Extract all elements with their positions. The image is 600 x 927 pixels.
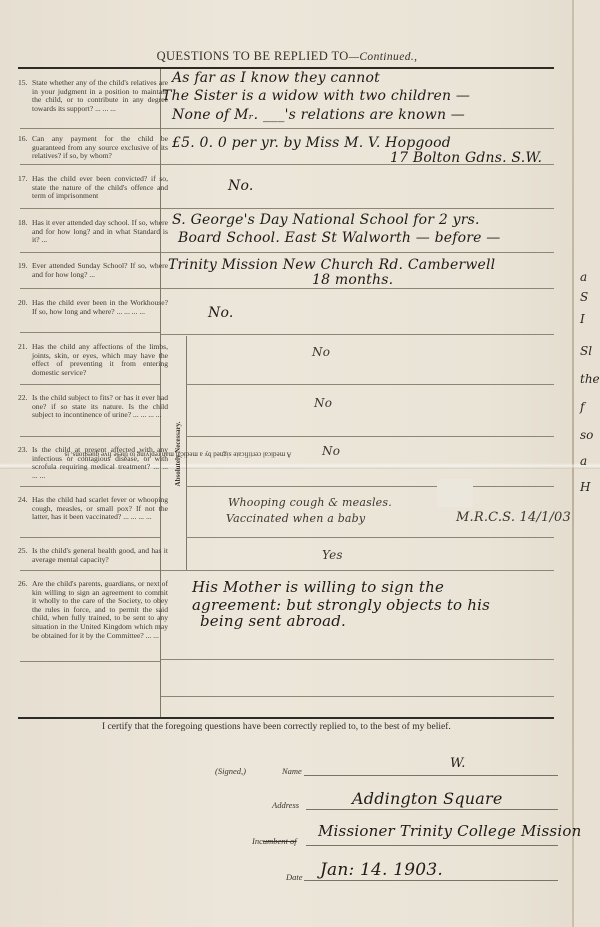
answer-15-line-3: None of Mᵣ. ___'s relations are known — <box>172 107 465 123</box>
row-divider <box>186 537 554 538</box>
question-text: Has the child ever been in the Workhouse… <box>32 299 168 316</box>
question-number: 19. <box>18 262 28 271</box>
title-continued: —Continued., <box>349 51 418 63</box>
question-text: Has the child ever been convicted? if so… <box>32 175 168 201</box>
question-number: 16. <box>18 135 28 144</box>
address-label: Address <box>272 800 299 810</box>
name-label: Name <box>282 766 302 776</box>
answer-24-line-2: Vaccinated when a baby <box>226 512 365 525</box>
question-text: Is the child subject to fits? or has it … <box>32 394 168 420</box>
question-22: 22. Is the child subject to fits? or has… <box>18 394 168 420</box>
answer-17: No. <box>228 178 253 194</box>
question-25: 25. Is the child's general health good, … <box>18 547 168 564</box>
row-divider <box>20 288 160 289</box>
signer-name: W. <box>450 756 466 771</box>
row-divider <box>161 128 554 129</box>
answer-23: No <box>322 444 340 458</box>
certification-statement: I certify that the foregoing questions h… <box>102 722 451 732</box>
question-text: Has the child any affections of the limb… <box>32 343 168 377</box>
question-21: 21. Has the child any affections of the … <box>18 343 168 377</box>
row-divider <box>161 334 554 335</box>
question-text: Ever attended Sunday School? If so, wher… <box>32 262 168 279</box>
row-divider <box>20 436 160 437</box>
answer-19-line-1: Trinity Mission New Church Rd. Camberwel… <box>168 257 495 273</box>
row-divider <box>161 570 554 571</box>
answer-18-line-2: Board School. East St Walworth — before … <box>178 230 500 246</box>
answer-26-line-1: His Mother is willing to sign the <box>192 578 444 596</box>
question-24: 24. Has the child had scarlet fever or w… <box>18 496 168 522</box>
signer-title: Missioner Trinity College Mission <box>318 822 581 840</box>
incumbent-label: Incumbent of <box>252 836 297 846</box>
medical-note-text: A medical certificate signed by a medica… <box>174 422 182 487</box>
row-divider <box>161 208 554 209</box>
question-16: 16. Can any payment for the child be gua… <box>18 135 168 161</box>
signed-label: (Signed,) <box>215 766 246 776</box>
row-divider <box>186 436 554 437</box>
incumbent-prefix: Inc <box>252 836 263 846</box>
question-26: 26. Are the child's parents, guardians, … <box>18 580 168 640</box>
answer-25: Yes <box>322 548 343 562</box>
answer-15-line-1: As far as I know they cannot <box>172 70 380 86</box>
date-label: Date <box>286 872 303 882</box>
margin-fragment: I <box>580 312 585 326</box>
row-divider <box>161 288 554 289</box>
margin-fragment: a <box>580 454 587 468</box>
question-text: Has the child had scarlet fever or whoop… <box>32 496 168 522</box>
date-line <box>304 880 558 881</box>
question-number: 24. <box>18 496 28 505</box>
doctor-signature: M.R.C.S. 14/1/03 <box>456 510 571 525</box>
bottom-rule <box>18 717 554 719</box>
question-18: 18. Has it ever attended day school. If … <box>18 219 168 245</box>
question-number: 18. <box>18 219 28 228</box>
question-15: 15. State whether any of the child's rel… <box>18 79 168 113</box>
row-divider <box>186 384 554 385</box>
margin-fragment: so <box>580 428 593 442</box>
answer-26-line-3: being sent abroad. <box>200 612 346 630</box>
answer-21: No <box>312 345 330 359</box>
page-title: QUESTIONS TO BE REPLIED TO—Continued., <box>0 49 574 64</box>
question-number: 26. <box>18 580 28 589</box>
top-rule <box>18 67 554 69</box>
question-text: Are the child's parents, guardians, or n… <box>32 580 168 640</box>
row-divider <box>161 696 554 697</box>
answer-15-line-2: The Sister is a widow with two children … <box>162 88 470 104</box>
name-line <box>304 775 558 776</box>
question-number: 15. <box>18 79 28 88</box>
row-divider <box>20 486 160 487</box>
row-divider <box>20 537 160 538</box>
incumbent-line <box>306 845 558 846</box>
question-20: 20. Has the child ever been in the Workh… <box>18 299 168 316</box>
signer-address: Addington Square <box>352 789 503 808</box>
title-text: QUESTIONS TO BE REPLIED TO <box>157 49 349 63</box>
question-number: 20. <box>18 299 28 308</box>
question-number: 23. <box>18 446 28 455</box>
question-17: 17. Has the child ever been convicted? i… <box>18 175 168 201</box>
answer-16-line-1: £5. 0. 0 per yr. by Miss M. V. Hopgood <box>172 135 451 151</box>
question-number: 22. <box>18 394 28 403</box>
question-number: 17. <box>18 175 28 184</box>
answer-19-line-2: 18 months. <box>312 272 393 288</box>
row-divider <box>20 570 160 571</box>
row-divider <box>20 332 160 333</box>
question-text: Is the child's general health good, and … <box>32 547 168 564</box>
address-line <box>306 809 558 810</box>
row-divider <box>20 208 160 209</box>
answer-18-line-1: S. George's Day National School for 2 yr… <box>172 212 480 228</box>
redacted-signature-patch <box>437 479 473 507</box>
date-value: Jan: 14. 1903. <box>320 860 443 880</box>
margin-fragment: Sl <box>580 344 592 358</box>
row-divider <box>20 164 160 165</box>
margin-fragment: a <box>580 270 587 284</box>
row-divider <box>20 252 160 253</box>
margin-fragment: the <box>580 372 600 386</box>
margin-fragment: f <box>580 400 584 414</box>
margin-fragment: S <box>580 290 588 304</box>
answer-16-line-2: 17 Bolton Gdns. S.W. <box>390 150 542 166</box>
question-text: Can any payment for the child be guarant… <box>32 135 168 161</box>
question-number: 21. <box>18 343 28 352</box>
medical-note-body: A medical certificate signed by a medica… <box>64 450 291 458</box>
answer-20: No. <box>208 305 233 321</box>
row-divider <box>20 128 160 129</box>
question-number: 25. <box>18 547 28 556</box>
row-divider <box>161 659 554 660</box>
row-divider <box>20 661 160 662</box>
row-divider <box>20 384 160 385</box>
margin-fragment: H <box>580 480 590 494</box>
incumbent-struck: umbent of <box>263 836 297 846</box>
question-19: 19. Ever attended Sunday School? If so, … <box>18 262 168 279</box>
medical-certificate-note: A medical certificate signed by a medica… <box>170 338 186 570</box>
question-text: Has it ever attended day school. If so, … <box>32 219 168 245</box>
row-divider <box>186 486 554 487</box>
answer-24-line-1: Whooping cough & measles. <box>228 496 392 509</box>
row-divider <box>161 252 554 253</box>
question-text: State whether any of the child's relativ… <box>32 79 168 113</box>
answer-22: No <box>314 396 332 410</box>
